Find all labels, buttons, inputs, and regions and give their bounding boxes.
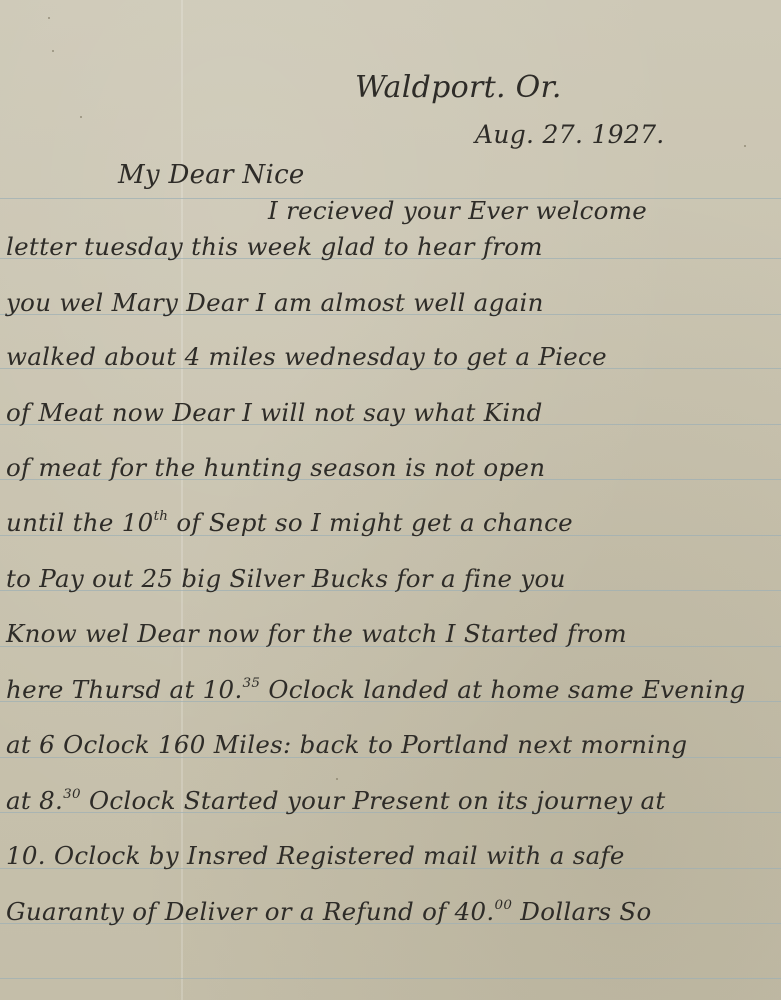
- paper-speck: [52, 50, 54, 52]
- body-line: of meat for the hunting season is not op…: [6, 453, 545, 482]
- paper-speck: [48, 17, 50, 19]
- superscript: 00: [494, 897, 512, 913]
- body-line: until the 10th of Sept so I might get a …: [6, 508, 573, 537]
- body-line: letter tuesday this week glad to hear fr…: [6, 232, 543, 261]
- body-line-text: Dollars So: [512, 897, 651, 926]
- body-line-text: Oclock landed at home same Evening: [260, 675, 745, 704]
- paper-speck: [80, 116, 82, 118]
- body-line: here Thursd at 10.35 Oclock landed at ho…: [6, 675, 746, 704]
- superscript: 30: [63, 786, 81, 802]
- body-line: you wel Mary Dear I am almost well again: [6, 288, 544, 317]
- paper-speck: [744, 145, 746, 147]
- letter-page: Waldport. Or. Aug. 27. 1927. My Dear Nic…: [0, 0, 781, 1000]
- body-line: walked about 4 miles wednesday to get a …: [6, 342, 607, 371]
- body-line-text: Guaranty of Deliver or a Refund of 40.: [6, 897, 494, 926]
- letter-date: Aug. 27. 1927.: [475, 120, 665, 149]
- body-line: at 8.30 Oclock Started your Present on i…: [6, 786, 666, 815]
- body-line: at 6 Oclock 160 Miles: back to Portland …: [6, 730, 687, 759]
- body-line-text: of Sept so I might get a chance: [168, 508, 573, 537]
- body-line: Know wel Dear now for the watch I Starte…: [6, 619, 627, 648]
- superscript: 35: [243, 675, 261, 691]
- body-line: to Pay out 25 big Silver Bucks for a fin…: [6, 564, 566, 593]
- body-line: I recieved your Ever welcome: [268, 196, 647, 225]
- body-line-text: here Thursd at 10.: [6, 675, 243, 704]
- body-line: Guaranty of Deliver or a Refund of 40.00…: [6, 897, 652, 926]
- body-line-text: until the 10: [6, 508, 154, 537]
- body-line: 10. Oclock by Insred Registered mail wit…: [6, 841, 625, 870]
- body-line-text: at 8.: [6, 786, 63, 815]
- letter-salutation: My Dear Nice: [118, 160, 305, 190]
- paper-speck: [336, 778, 338, 780]
- ruled-line: [0, 978, 781, 979]
- body-line-text: Oclock Started your Present on its journ…: [81, 786, 666, 815]
- body-line: of Meat now Dear I will not say what Kin…: [6, 398, 543, 427]
- superscript: th: [154, 508, 169, 524]
- letter-place: Waldport. Or.: [355, 70, 562, 105]
